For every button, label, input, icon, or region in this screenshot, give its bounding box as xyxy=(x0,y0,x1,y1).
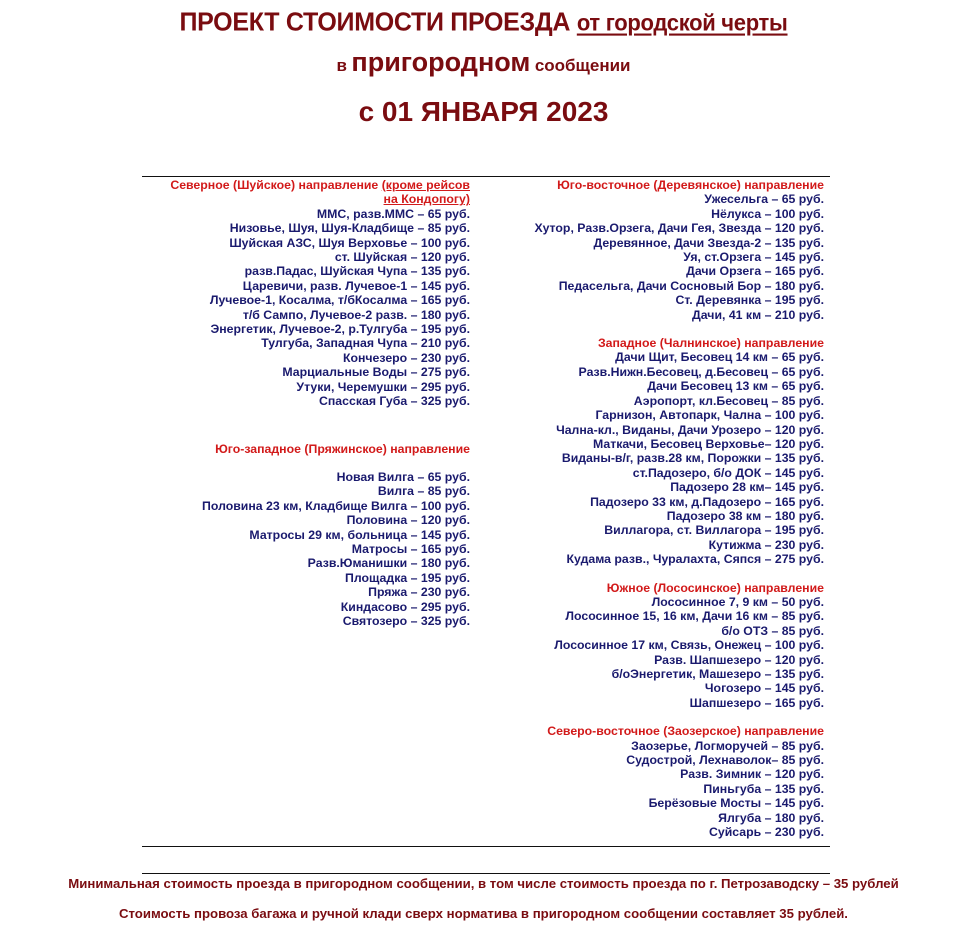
section-heading: Юго-западное (Пряжинское) направление xyxy=(142,442,470,456)
luggage-note: Стоимость провоза багажа и ручной клади … xyxy=(0,906,967,921)
left-column: Северное (Шуйское) направление (кроме ре… xyxy=(142,178,470,628)
fare-list: Заозерье, Логморучей – 85 руб.Судострой,… xyxy=(490,739,824,840)
fare-item: Чална-кл., Виданы, Дачи Урозеро – 120 ру… xyxy=(490,423,824,437)
fare-item: Заозерье, Логморучей – 85 руб. xyxy=(490,739,824,753)
page-title: ПРОЕКТ СТОИМОСТИ ПРОЕЗДА от городской че… xyxy=(0,7,967,37)
fare-item: Разв.Юманишки – 180 руб. xyxy=(142,556,470,570)
title-underlined: от городской черты xyxy=(577,9,788,35)
fare-item: Низовье, Шуя, Шуя-Кладбище – 85 руб. xyxy=(142,221,470,235)
subtitle-big: пригородном xyxy=(351,47,530,77)
fare-item: Падозеро 28 км– 145 руб. xyxy=(490,480,824,494)
top-divider xyxy=(142,176,830,177)
fare-item: Царевичи, разв. Лучевое-1 – 145 руб. xyxy=(142,279,470,293)
fare-item: Нёлукса – 100 руб. xyxy=(490,207,824,221)
fare-item: Судострой, Лехнаволок– 85 руб. xyxy=(490,753,824,767)
subtitle-pre: в xyxy=(336,56,346,75)
section-north: Северное (Шуйское) направление (кроме ре… xyxy=(142,178,470,409)
fare-item: ММС, разв.ММС – 65 руб. xyxy=(142,207,470,221)
page-subtitle: в пригородном сообщении xyxy=(0,47,967,78)
fare-item: т/б Сампо, Лучевое-2 разв. – 180 руб. xyxy=(142,308,470,322)
fare-item: Кутижма – 230 руб. xyxy=(490,538,824,552)
fare-item: Виллагора, ст. Виллагора – 195 руб. xyxy=(490,523,824,537)
section-heading: Южное (Лососинское) направление xyxy=(490,581,824,595)
direction-section: Западное (Чалнинское) направлениеДачи Щи… xyxy=(490,336,824,567)
fare-item: Лососинное 15, 16 км, Дачи 16 км – 85 ру… xyxy=(490,609,824,623)
fare-item: Шуйская АЗС, Шуя Верховье – 100 руб. xyxy=(142,236,470,250)
fare-item: Марциальные Воды – 275 руб. xyxy=(142,365,470,379)
fare-item: Падозеро 33 км, д.Падозеро – 165 руб. xyxy=(490,495,824,509)
fare-item: Половина 23 км, Кладбище Вилга – 100 руб… xyxy=(142,499,470,513)
fare-item: Пряжа – 230 руб. xyxy=(142,585,470,599)
fare-item: Хутор, Разв.Орзега, Дачи Гея, Звезда – 1… xyxy=(490,221,824,235)
direction-section: Южное (Лососинское) направлениеЛососинно… xyxy=(490,581,824,711)
fare-item: Разв. Зимник – 120 руб. xyxy=(490,767,824,781)
fare-item: Спасская Губа – 325 руб. xyxy=(142,394,470,408)
fare-item: Утуки, Черемушки – 295 руб. xyxy=(142,380,470,394)
section-heading: Северо-восточное (Заозерское) направлени… xyxy=(490,724,824,738)
fare-item: Шапшезеро – 165 руб. xyxy=(490,696,824,710)
fare-list: Дачи Щит, Бесовец 14 км – 65 руб.Разв.Ни… xyxy=(490,350,824,566)
right-column: Юго-восточное (Деревянское) направлениеУ… xyxy=(490,178,824,839)
fare-item: Ялгуба – 180 руб. xyxy=(490,811,824,825)
fare-list: Новая Вилга – 65 руб.Вилга – 85 руб.Поло… xyxy=(142,470,470,628)
bottom-divider-2 xyxy=(142,873,830,874)
min-fare-note: Минимальная стоимость проезда в пригород… xyxy=(0,876,967,891)
section-heading-note: на Кондопогу) xyxy=(142,192,470,206)
fare-item: Чогозеро – 145 руб. xyxy=(490,681,824,695)
fare-item: Маткачи, Бесовец Верховье– 120 руб. xyxy=(490,437,824,451)
section-heading: Северное (Шуйское) направление (кроме ре… xyxy=(142,178,470,192)
direction-section: Северо-восточное (Заозерское) направлени… xyxy=(490,724,824,839)
fare-item: б/оЭнергетик, Машезеро – 135 руб. xyxy=(490,667,824,681)
effective-date: с 01 ЯНВАРЯ 2023 xyxy=(0,96,967,128)
fare-item: Киндасово – 295 руб. xyxy=(142,600,470,614)
fare-item: Аэропорт, кл.Бесовец – 85 руб. xyxy=(490,394,824,408)
fare-item: Половина – 120 руб. xyxy=(142,513,470,527)
fare-item: Берёзовые Мосты – 145 руб. xyxy=(490,796,824,810)
fare-item: Матросы – 165 руб. xyxy=(142,542,470,556)
fare-item: Дачи, 41 км – 210 руб. xyxy=(490,308,824,322)
fare-item: Педасельга, Дачи Сосновый Бор – 180 руб. xyxy=(490,279,824,293)
fare-item: Матросы 29 км, больница – 145 руб. xyxy=(142,528,470,542)
fare-list: Лососинное 7, 9 км – 50 руб.Лососинное 1… xyxy=(490,595,824,710)
fare-item: Падозеро 38 км – 180 руб. xyxy=(490,509,824,523)
fare-item: Кончезеро – 230 руб. xyxy=(142,351,470,365)
fare-item: Дачи Щит, Бесовец 14 км – 65 руб. xyxy=(490,350,824,364)
fare-item: Пиньгуба – 135 руб. xyxy=(490,782,824,796)
fare-list: ММС, разв.ММС – 65 руб.Низовье, Шуя, Шуя… xyxy=(142,207,470,409)
fare-item: Уя, ст.Орзега – 145 руб. xyxy=(490,250,824,264)
section-heading: Западное (Чалнинское) направление xyxy=(490,336,824,350)
fare-item: б/о ОТЗ – 85 руб. xyxy=(490,624,824,638)
fare-item: Виданы-в/г, разв.28 км, Порожки – 135 ру… xyxy=(490,451,824,465)
fare-item: Вилга – 85 руб. xyxy=(142,484,470,498)
fare-item: Лососинное 7, 9 км – 50 руб. xyxy=(490,595,824,609)
fare-item: Суйсарь – 230 руб. xyxy=(490,825,824,839)
subtitle-post: сообщении xyxy=(535,56,631,75)
fare-item: Дачи Орзега – 165 руб. xyxy=(490,264,824,278)
fare-item: Тулгуба, Западная Чупа – 210 руб. xyxy=(142,336,470,350)
fare-item: Гарнизон, Автопарк, Чална – 100 руб. xyxy=(490,408,824,422)
fare-item: Лучевое-1, Косалма, т/бКосалма – 165 руб… xyxy=(142,293,470,307)
fare-item: Разв. Шапшезеро – 120 руб. xyxy=(490,653,824,667)
fare-item: Кудама разв., Чуралахта, Сяпся – 275 руб… xyxy=(490,552,824,566)
section-southwest: Юго-западное (Пряжинское) направление Но… xyxy=(142,442,470,629)
fare-item: ст.Падозеро, б/о ДОК – 145 руб. xyxy=(490,466,824,480)
fare-item: Новая Вилга – 65 руб. xyxy=(142,470,470,484)
direction-section: Юго-восточное (Деревянское) направлениеУ… xyxy=(490,178,824,322)
fare-item: Площадка – 195 руб. xyxy=(142,571,470,585)
fare-item: Ст. Деревянка – 195 руб. xyxy=(490,293,824,307)
section-heading: Юго-восточное (Деревянское) направление xyxy=(490,178,824,192)
title-main: ПРОЕКТ СТОИМОСТИ ПРОЕЗДА xyxy=(179,7,570,36)
bottom-divider-1 xyxy=(142,846,830,847)
fare-item: Разв.Нижн.Бесовец, д.Бесовец – 65 руб. xyxy=(490,365,824,379)
fare-item: Дачи Бесовец 13 км – 65 руб. xyxy=(490,379,824,393)
fare-item: Деревянное, Дачи Звезда-2 – 135 руб. xyxy=(490,236,824,250)
fare-item: разв.Падас, Шуйская Чупа – 135 руб. xyxy=(142,264,470,278)
fare-list: Ужесельга – 65 руб.Нёлукса – 100 руб.Хут… xyxy=(490,192,824,322)
fare-item: Ужесельга – 65 руб. xyxy=(490,192,824,206)
fare-item: Энергетик, Лучевое-2, р.Тулгуба – 195 ру… xyxy=(142,322,470,336)
fare-item: Лососинное 17 км, Связь, Онежец – 100 ру… xyxy=(490,638,824,652)
fare-item: Святозеро – 325 руб. xyxy=(142,614,470,628)
fare-item: ст. Шуйская – 120 руб. xyxy=(142,250,470,264)
